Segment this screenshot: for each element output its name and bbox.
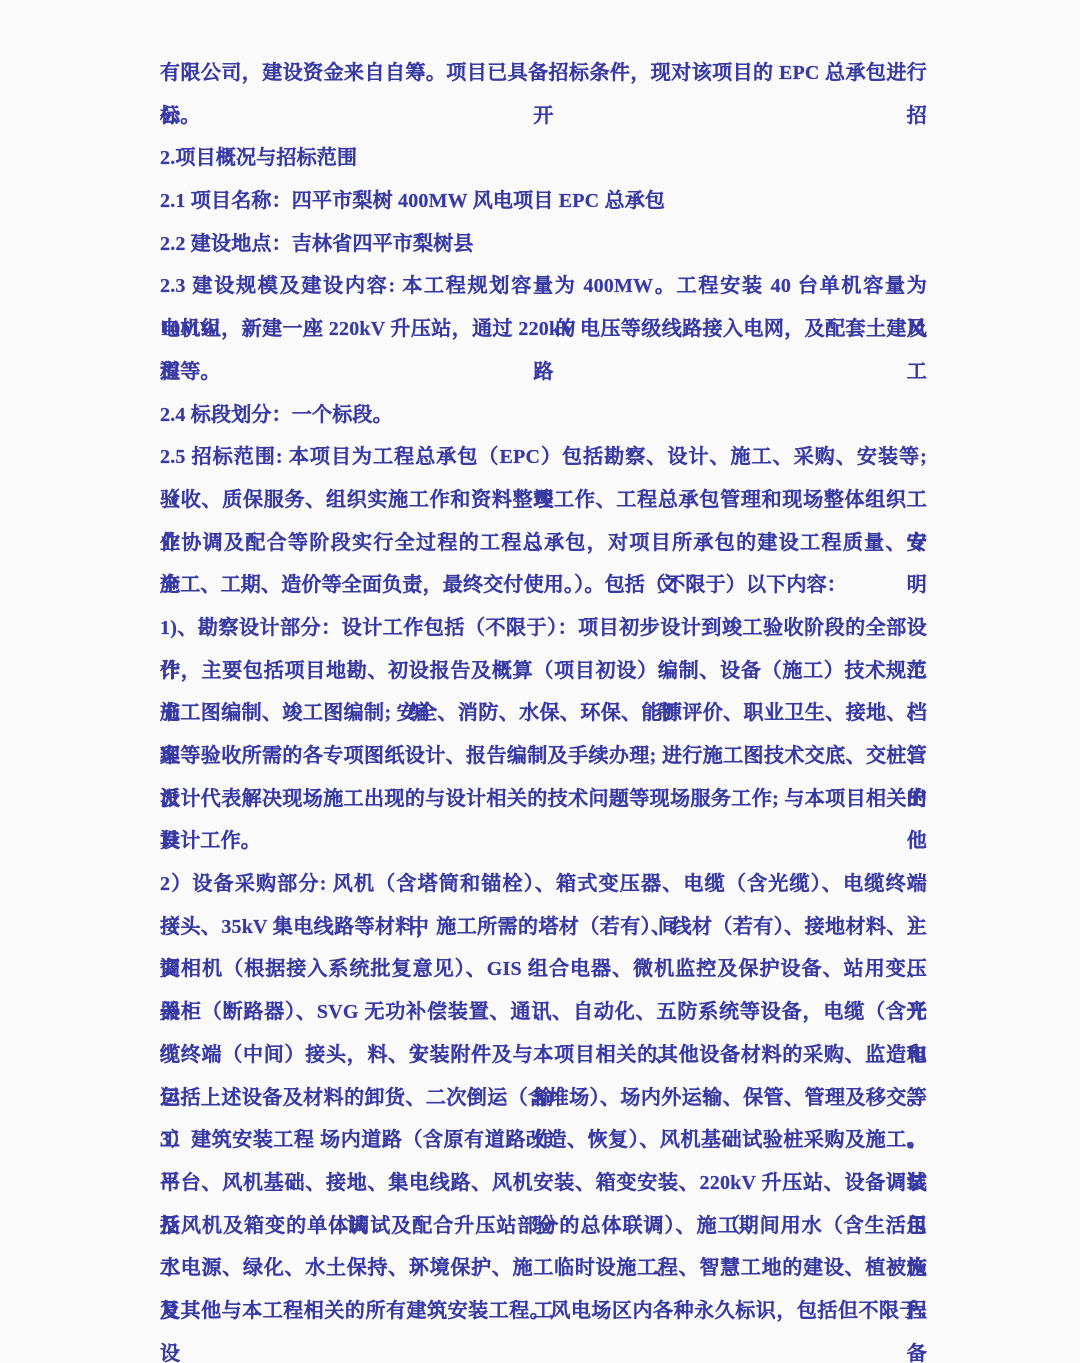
document-line: 施工图编制、竣工图编制; 安全、消防、水保、环保、能源评价、职业卫生、接地、档案… <box>160 692 927 735</box>
document-line: 接头、35kV 集电线路等材料，施工所需的塔材（若有）、线材（若有）、接地材料、… <box>160 906 927 949</box>
document-line: 1)、勘察设计部分：设计工作包括（不限于）：项目初步设计到竣工验收阶段的全部设计… <box>160 607 927 650</box>
document-line: 设计代表解决现场施工出现的与设计相关的技术问题等现场服务工作; 与本项目相关的其… <box>160 778 927 821</box>
document-line: 括风机及箱变的单体调试及配合升压站部分的总体联调）、施工期间用水（含生活用水）、… <box>160 1205 927 1248</box>
document-line: 有限公司，建设资金来自自筹。项目已具备招标条件，现对该项目的 EPC 总承包进行… <box>160 52 927 95</box>
document-line: 2.3 建设规模及建设内容: 本工程规划容量为 400MW。工程安装 40 台单… <box>160 265 927 308</box>
document-line: 3）建筑安装工程 场内道路（含原有道路改造、恢复）、风机基础试验桩采购及施工、吊… <box>160 1119 927 1162</box>
document-line: 及其他与本工程相关的所有建筑安装工程。风电场区内各种永久标识，包括但不限于: 设… <box>160 1290 927 1333</box>
document-line: 2.5 招标范围: 本项目为工程总承包（EPC）包括勘察、设计、施工、采购、安装… <box>160 436 927 479</box>
document-page: 有限公司，建设资金来自自筹。项目已具备招标条件，现对该项目的 EPC 总承包进行… <box>0 0 1080 1363</box>
document-line: 缆终端（中间）接头，料、安装附件及与本项目相关的其他设备材料的采购、监造和运输。 <box>160 1034 927 1077</box>
document-line: 作，主要包括项目地勘、初设报告及概算（项目初设）编制、设备（施工）技术规范书编制… <box>160 650 927 693</box>
document-line: 理等验收所需的各专项图纸设计、报告编制及手续办理; 进行施工图技术交底、交桩、派… <box>160 735 927 778</box>
document-content: 有限公司，建设资金来自自筹。项目已具备招标条件，现对该项目的 EPC 总承包进行… <box>160 52 927 1333</box>
document-line: 验收、质保服务、组织实施工作和资料整理工作、工程总承包管理和现场整体组织工作、专 <box>160 479 927 522</box>
document-line: 平台、风机基础、接地、集电线路、风机安装、箱变安装、220kV 升压站、设备调试… <box>160 1162 927 1205</box>
document-line: 调相机（根据接入系统批复意见）、GIS 组合电器、微机监控及保护设备、站用变压器… <box>160 948 927 991</box>
document-line: 2.1 项目名称：四平市梨树 400MW 风电项目 EPC 总承包 <box>160 180 927 223</box>
document-line: 施工、工期、造价等全面负责，最终交付使用。）。包括（不限于）以下内容： <box>160 564 927 607</box>
document-line: 电机组，新建一座 220kV 升压站，通过 220kV 电压等级线路接入电网，及… <box>160 308 927 351</box>
document-line: 业协调及配合等阶段实行全过程的工程总承包，对项目所承包的建设工程质量、安全、文明 <box>160 522 927 565</box>
document-line: 关柜（断路器）、SVG 无功补偿装置、通讯、自动化、五防系统等设备，电缆（含光缆… <box>160 991 927 1034</box>
document-line: 2）设备采购部分: 风机（含塔筒和锚栓）、箱式变压器、电缆（含光缆）、电缆终端（… <box>160 863 927 906</box>
document-line: 2.2 建设地点：吉林省四平市梨树县 <box>160 223 927 266</box>
document-line: 2.4 标段划分：一个标段。 <box>160 394 927 437</box>
document-line: 2.项目概况与招标范围 <box>160 137 927 180</box>
document-line: 包括上述设备及材料的卸货、二次倒运（含堆场）、场内外运输、保管、管理及移交等工作… <box>160 1077 927 1120</box>
document-line: 工电源、绿化、水土保持、环境保护、施工临时设施工程、智慧工地的建设、植被恢复工程 <box>160 1247 927 1290</box>
